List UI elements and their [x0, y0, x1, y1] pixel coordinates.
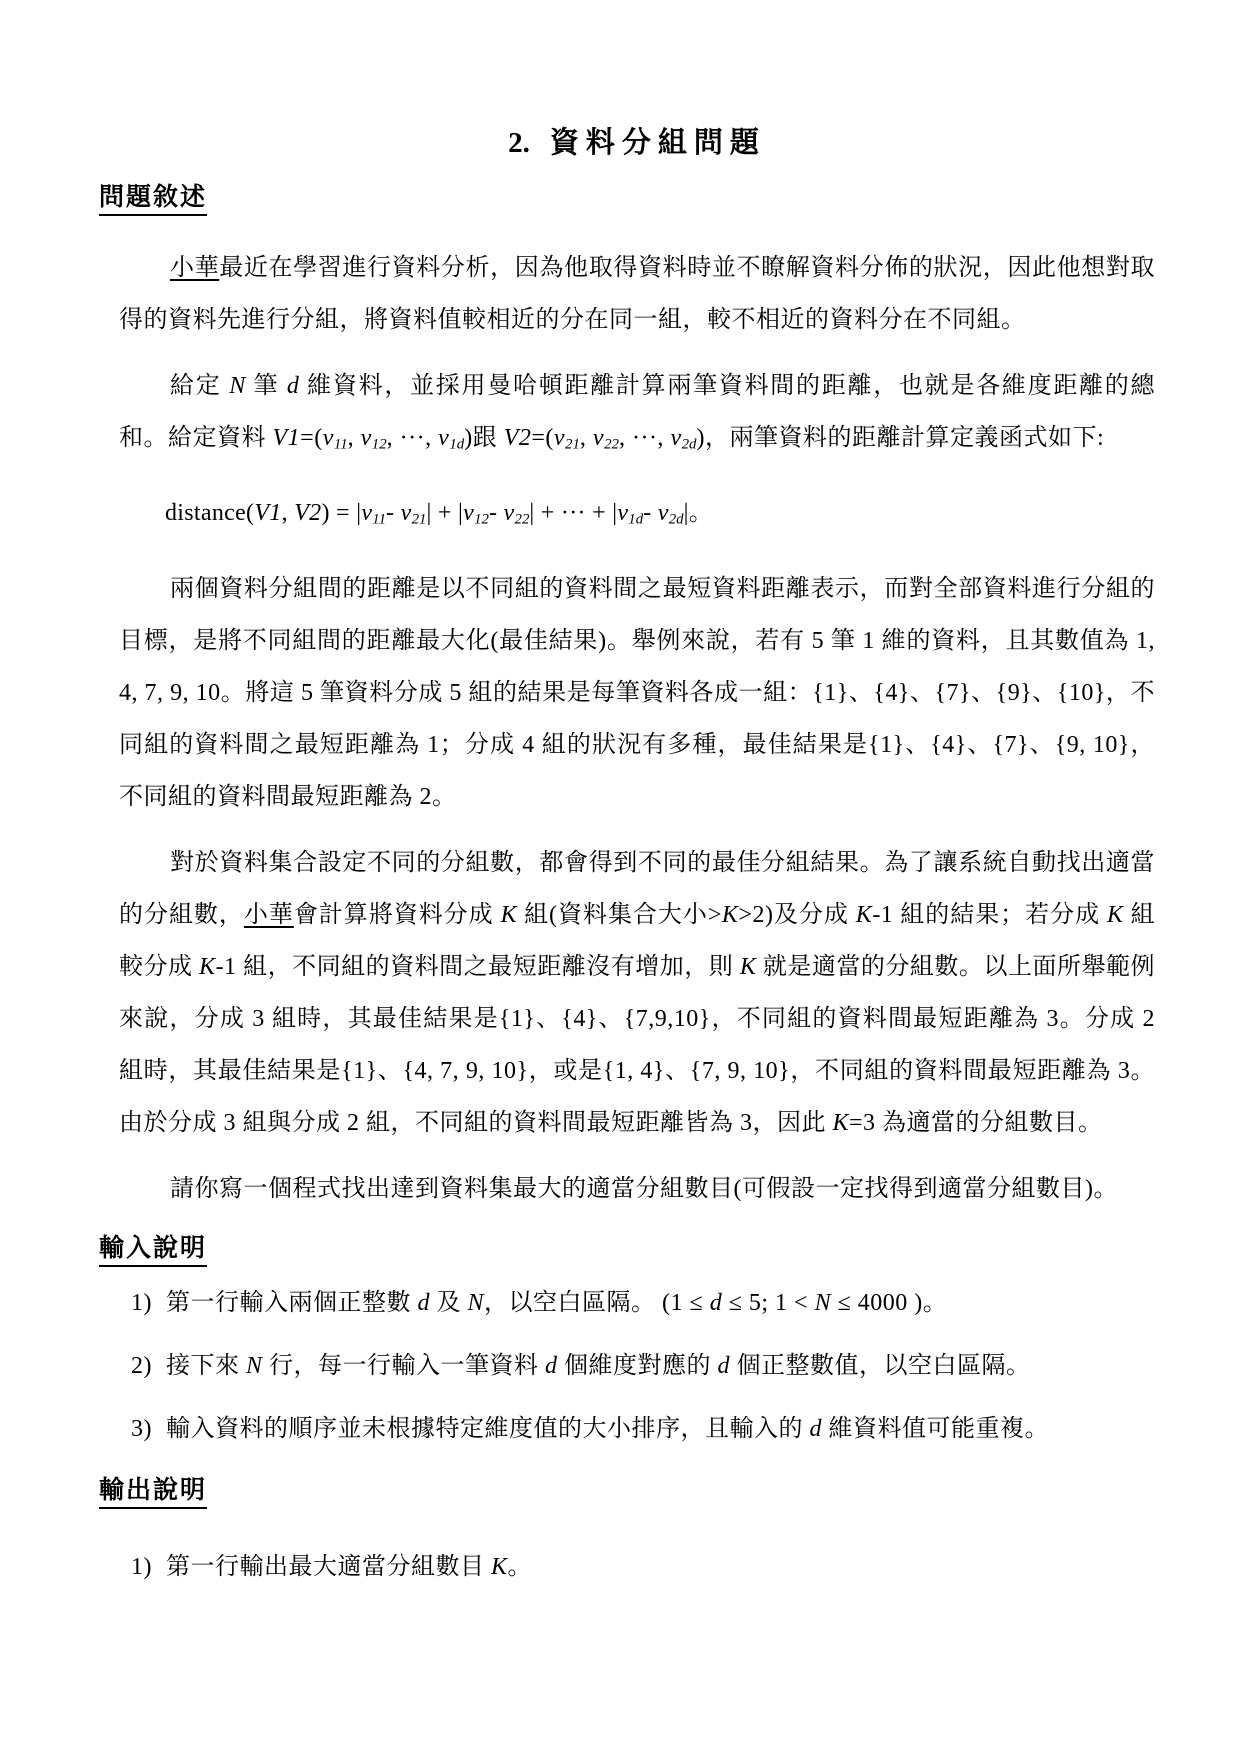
output-item-1: 1) 第一行輸出最大適當分組數目 K。 — [119, 1541, 1155, 1593]
output-list: 1) 第一行輸出最大適當分組數目 K。 — [119, 1541, 1155, 1593]
section-heading-problem: 問題敘述 — [99, 178, 1155, 218]
paragraph-task: 請你寫一個程式找出達到資料集最大的適當分組數目(可假設一定找得到適當分組數目)。 — [119, 1163, 1155, 1215]
output-item-1-text: 第一行輸出最大適當分組數目 K。 — [166, 1554, 532, 1580]
input-item-3-text: 輸入資料的順序並未根據特定維度值的大小排序，且輸入的 d 維資料值可能重複。 — [166, 1416, 1049, 1442]
document-page: 2.資料分組問題 問題敘述 小華最近在學習進行資料分析，因為他取得資料時並不瞭解… — [0, 0, 1241, 1755]
section-heading-input-label: 輸入說明 — [99, 1235, 207, 1267]
page-title: 2.資料分組問題 — [119, 122, 1155, 164]
paragraph-k-selection: 對於資料集合設定不同的分組數，都會得到不同的最佳分組結果。為了讓系統自動找出適當… — [119, 837, 1155, 1149]
document-content: 2.資料分組問題 問題敘述 小華最近在學習進行資料分析，因為他取得資料時並不瞭解… — [119, 0, 1155, 1593]
paragraph-grouping-example: 兩個資料分組間的距離是以不同組的資料間之最短資料距離表示，而對全部資料進行分組的… — [119, 563, 1155, 823]
input-list: 1) 第一行輸入兩個正整數 d 及 N，以空白區隔。 (1 ≤ d ≤ 5; 1… — [119, 1277, 1155, 1455]
input-item-2: 2) 接下來 N 行，每一行輸入一筆資料 d 個維度對應的 d 個正整數值，以空… — [119, 1340, 1155, 1392]
output-item-1-number: 1) — [131, 1541, 152, 1593]
input-item-3-number: 3) — [131, 1403, 152, 1455]
paragraph-distance-definition: 給定 N 筆 d 維資料，並採用曼哈頓距離計算兩筆資料間的距離，也就是各維度距離… — [119, 360, 1155, 470]
input-item-2-text: 接下來 N 行，每一行輸入一筆資料 d 個維度對應的 d 個正整數值，以空白區隔… — [166, 1353, 1031, 1379]
section-heading-problem-label: 問題敘述 — [99, 184, 207, 216]
section-heading-output-label: 輸出說明 — [99, 1477, 207, 1509]
input-item-2-number: 2) — [131, 1340, 152, 1392]
input-item-1-text: 第一行輸入兩個正整數 d 及 N，以空白區隔。 (1 ≤ d ≤ 5; 1 < … — [166, 1290, 947, 1316]
input-item-1: 1) 第一行輸入兩個正整數 d 及 N，以空白區隔。 (1 ≤ d ≤ 5; 1… — [119, 1277, 1155, 1329]
title-number: 2. — [508, 127, 530, 159]
section-heading-output: 輸出說明 — [99, 1471, 1155, 1511]
title-text: 資料分組問題 — [550, 127, 766, 159]
input-item-3: 3) 輸入資料的順序並未根據特定維度值的大小排序，且輸入的 d 維資料值可能重複… — [119, 1403, 1155, 1455]
paragraph-intro: 小華最近在學習進行資料分析，因為他取得資料時並不瞭解資料分佈的狀況，因此他想對取… — [119, 242, 1155, 346]
distance-formula: distance(V1, V2) = |v11- v21| + |v12- v2… — [119, 490, 1155, 542]
input-item-1-number: 1) — [131, 1277, 152, 1329]
section-heading-input: 輸入說明 — [99, 1229, 1155, 1269]
